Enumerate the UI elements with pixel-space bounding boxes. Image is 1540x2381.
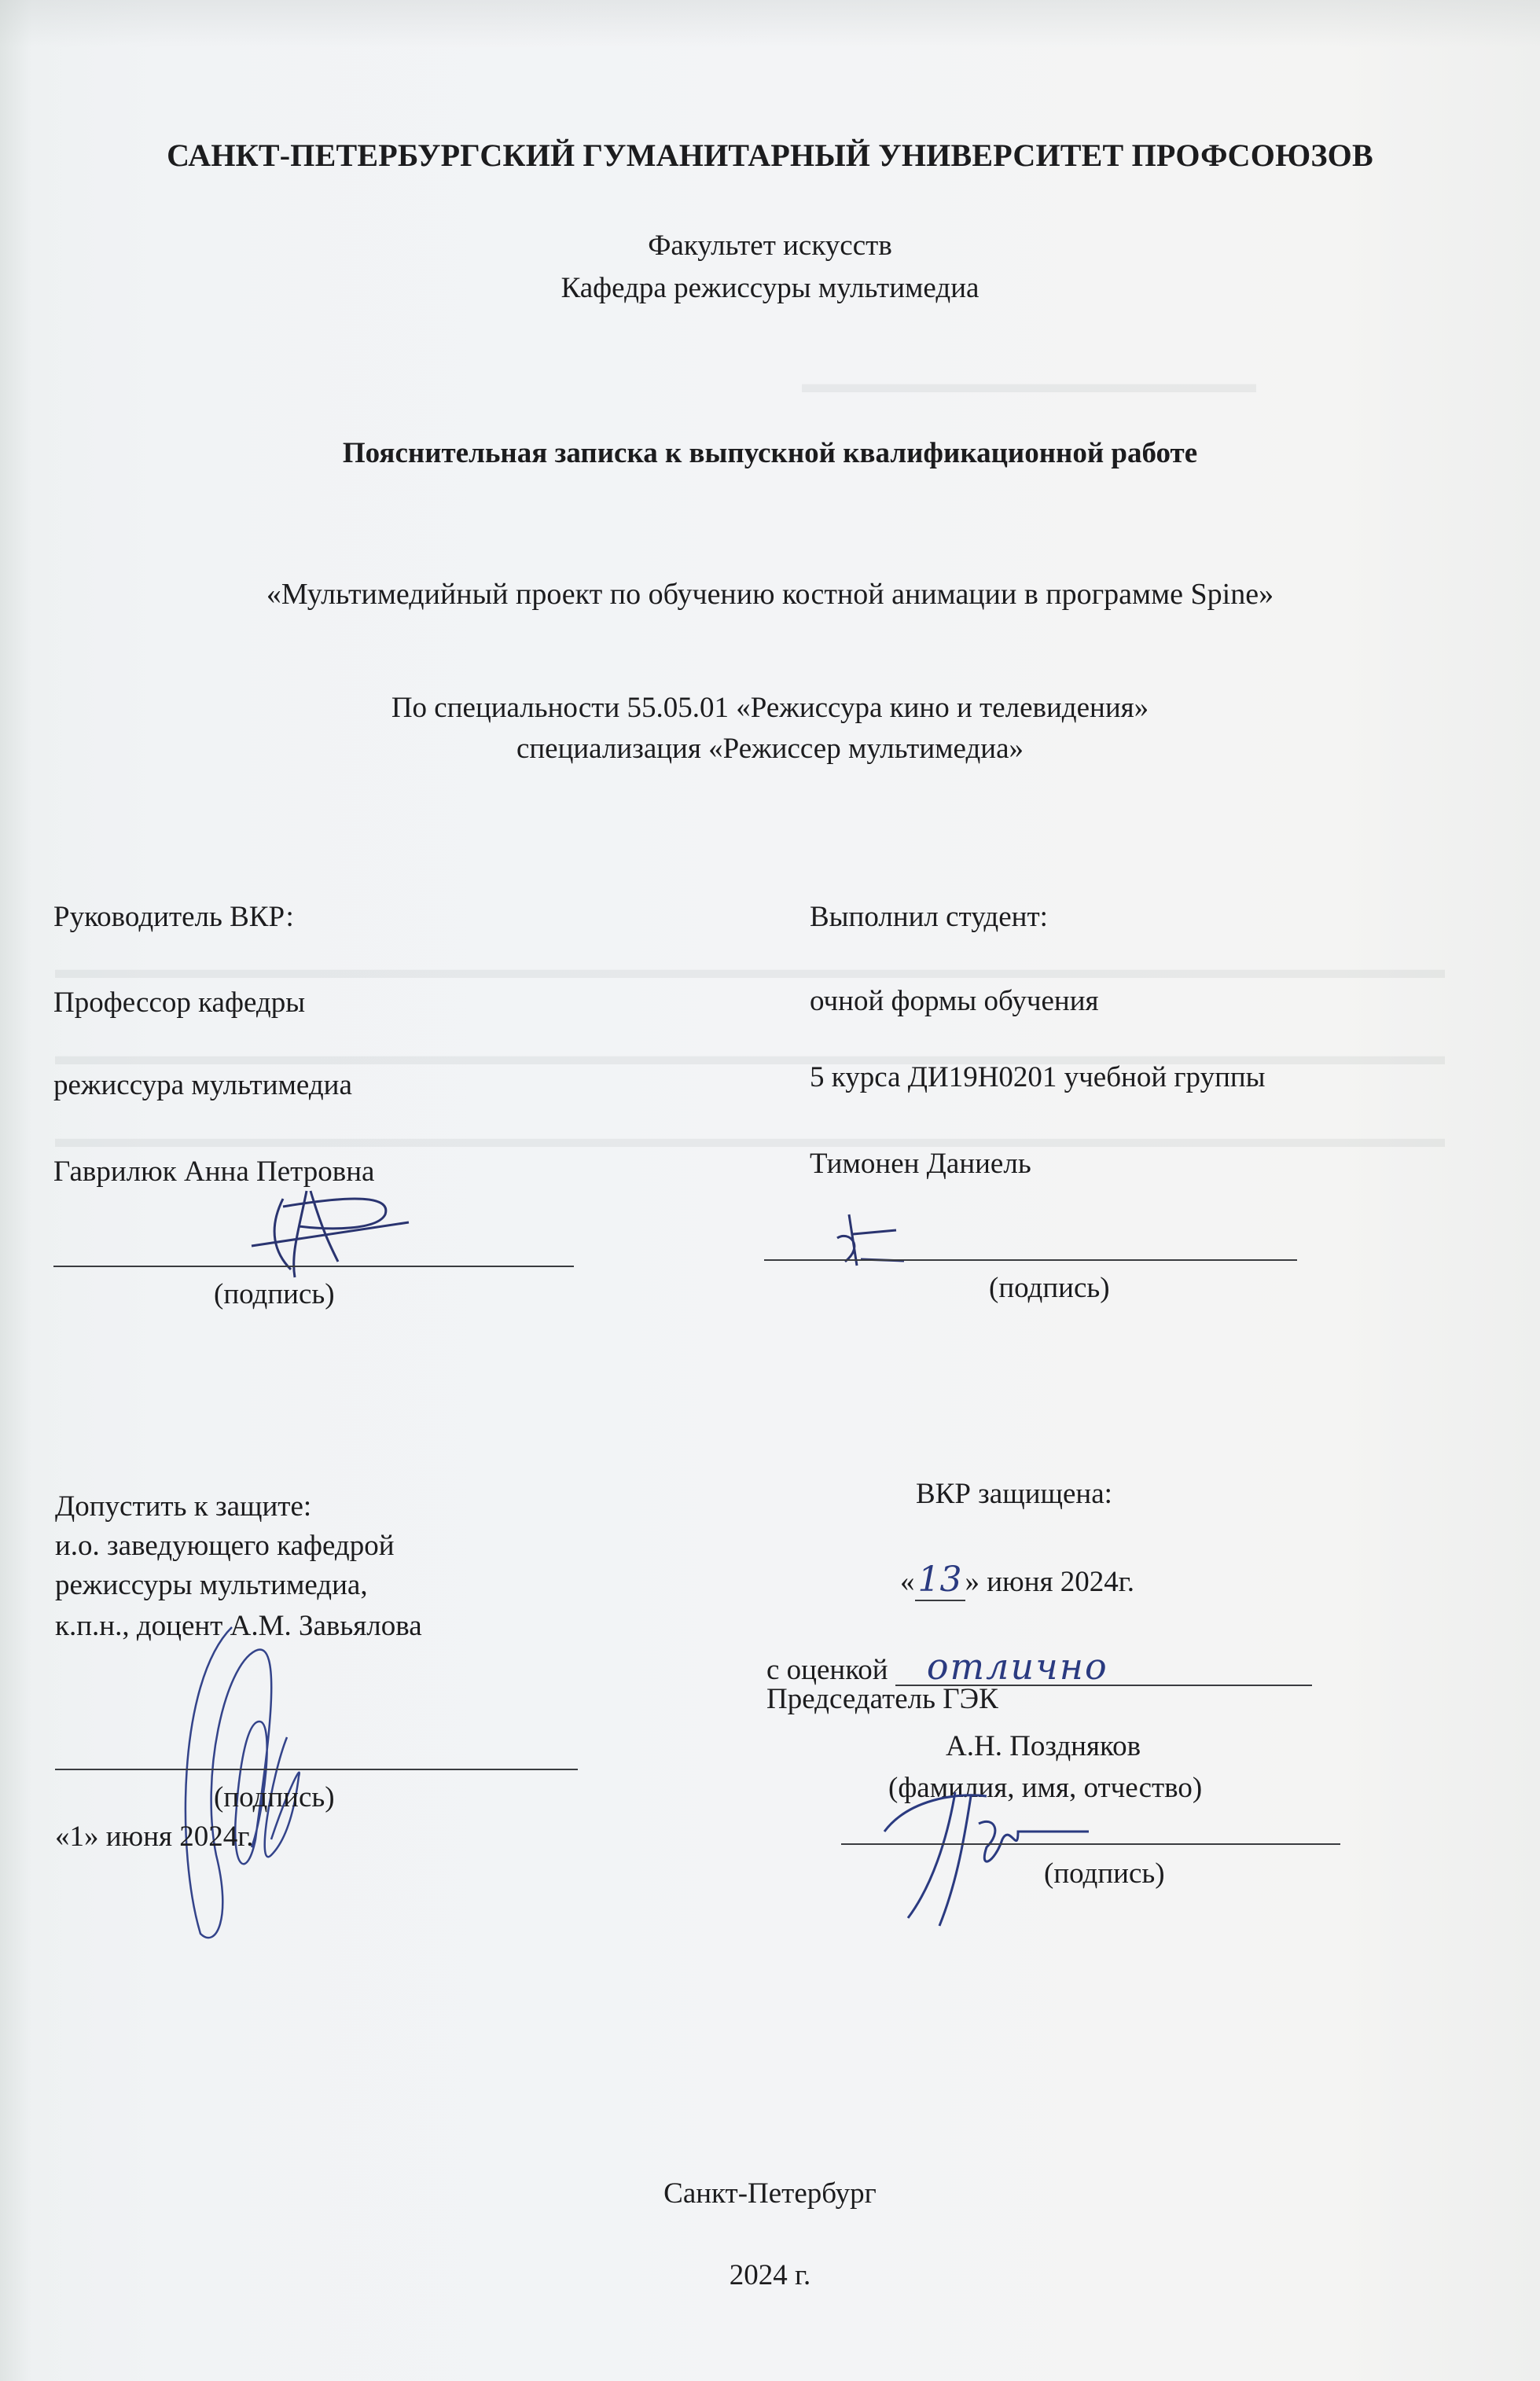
admission-line1: и.о. заведующего кафедрой [55, 1531, 395, 1560]
chair-name: А.Н. Поздняков [946, 1732, 1141, 1761]
defense-date-open: « [900, 1566, 915, 1598]
supervisor-signature [236, 1183, 425, 1289]
student-study-form: очной формы обучения [810, 987, 1099, 1016]
chair-label: Председатель ГЭК [766, 1685, 998, 1714]
supervisor-position-line1: Профессор кафедры [53, 988, 305, 1017]
show-through-text: ▬▬▬▬▬▬▬▬▬▬▬▬▬▬▬▬▬▬▬▬▬▬▬▬▬▬▬▬▬▬▬▬▬▬▬▬▬▬▬▬… [55, 1124, 1445, 1154]
admission-signature-line [55, 1769, 578, 1770]
defense-date: «13» июня 2024г. [900, 1563, 1134, 1597]
admission-date: «1» июня 2024г. [55, 1822, 254, 1851]
chair-signature-line [841, 1843, 1340, 1845]
admission-line2: режиссуры мультимедиа, [55, 1571, 368, 1600]
student-signature [833, 1211, 928, 1277]
supervisor-signature-line [53, 1266, 574, 1267]
faculty-name: Факультет искусств [0, 231, 1540, 260]
defense-heading: ВКР защищена: [916, 1479, 1112, 1508]
footer-year: 2024 г. [0, 2261, 1540, 2290]
document-title: Пояснительная записка к выпускной квалиф… [0, 439, 1540, 468]
show-through-text: ▬▬▬▬▬▬▬▬▬▬▬▬▬▬▬▬▬▬▬▬▬▬▬▬▬▬▬▬▬▬▬▬▬▬▬▬▬▬▬▬… [55, 955, 1445, 985]
defense-date-day: 13 [915, 1560, 965, 1601]
defense-date-rest: » июня 2024г. [965, 1566, 1135, 1598]
chair-signature [861, 1769, 1097, 1930]
department-name: Кафедра режиссуры мультимедиа [0, 274, 1540, 303]
student-group: 5 курса ДИ19Н0201 учебной группы [810, 1063, 1266, 1092]
project-title: «Мультимедийный проект по обучению костн… [0, 579, 1540, 609]
footer-city: Санкт-Петербург [0, 2179, 1540, 2208]
chair-signature-caption: (подпись) [1044, 1859, 1165, 1888]
supervisor-name: Гаврилюк Анна Петровна [53, 1157, 374, 1186]
specialization: специализация «Режиссер мультимедиа» [0, 734, 1540, 763]
student-heading: Выполнил студент: [810, 902, 1048, 931]
show-through-text: ▬▬▬▬▬▬▬▬▬▬▬▬▬▬▬▬▬ [802, 369, 1256, 399]
supervisor-position-line2: режиссура мультимедиа [53, 1071, 352, 1100]
page-top-shadow [0, 0, 1540, 47]
student-signature-line [764, 1259, 1297, 1261]
student-signature-caption: (подпись) [989, 1273, 1110, 1303]
admission-heading: Допустить к защите: [55, 1492, 311, 1521]
grade-label: с оценкой [766, 1654, 888, 1686]
specialty: По специальности 55.05.01 «Режиссура кин… [0, 693, 1540, 722]
grade-row: с оценкой отлично [766, 1648, 1312, 1686]
student-name: Тимонен Даниель [810, 1149, 1031, 1178]
grade-value: отлично [895, 1648, 1312, 1686]
supervisor-heading: Руководитель ВКР: [53, 902, 294, 931]
admission-signature-caption: (подпись) [214, 1783, 335, 1812]
supervisor-signature-caption: (подпись) [214, 1280, 335, 1309]
university-name: САНКТ-ПЕТЕРБУРГСКИЙ ГУМАНИТАРНЫЙ УНИВЕРС… [0, 140, 1540, 171]
